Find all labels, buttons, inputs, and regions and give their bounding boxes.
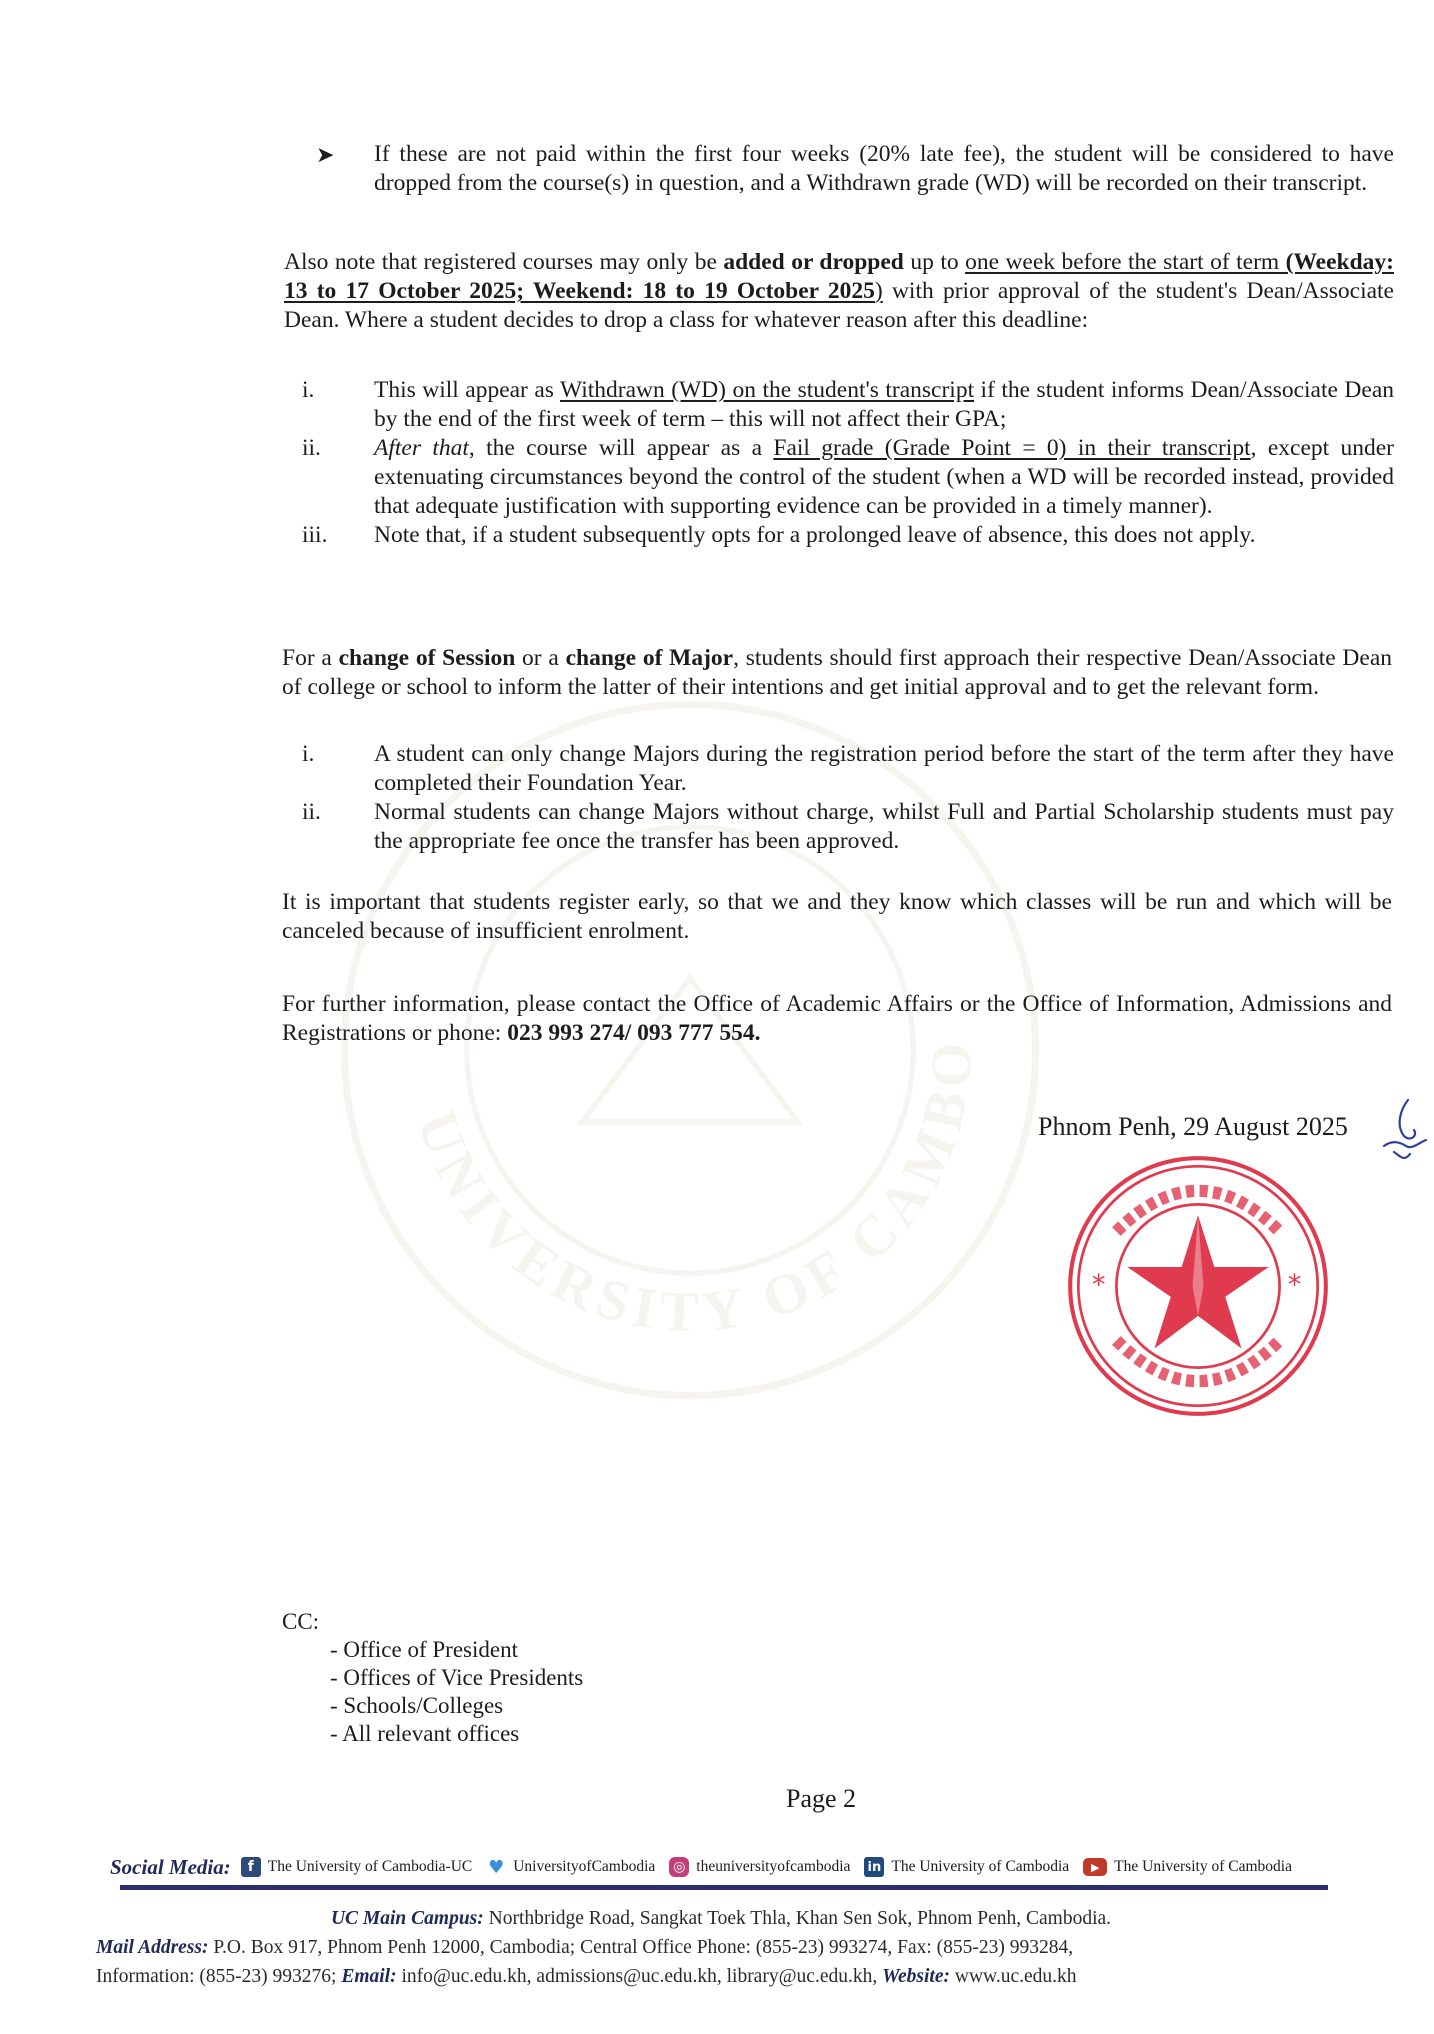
email-addresses[interactable]: info@uc.edu.kh, admissions@uc.edu.kh, li… <box>397 1966 883 1987</box>
text: ) <box>875 278 883 304</box>
text: For a <box>282 645 339 671</box>
mail-label: Mail Address: <box>96 1937 209 1958</box>
campus-address: Northbridge Road, Sangkat Toek Thla, Kha… <box>484 1908 1111 1929</box>
text: A student can only change Majors during … <box>374 740 1394 798</box>
cc-block: CC: - Office of President - Offices of V… <box>282 1608 583 1748</box>
text: , the course will appear as a <box>469 435 773 461</box>
italic-text: After that <box>374 435 469 461</box>
text: or a <box>515 645 565 671</box>
cc-label: CC: <box>282 1608 583 1636</box>
social-text: The University of Cambodia <box>891 1858 1069 1876</box>
contact-line: Information: (855-23) 993276; Email: inf… <box>96 1962 1346 1991</box>
late-fee-bullet: ➤ If these are not paid within the first… <box>318 140 1394 198</box>
social-text: The University of Cambodia <box>1114 1858 1292 1876</box>
underlined-text: Fail grade (Grade Point = 0) in their tr… <box>773 435 1250 461</box>
list-number: ii. <box>302 434 352 463</box>
document-page: UNIVERSITY OF CAMBODIA ➤ If these are no… <box>0 0 1434 2034</box>
social-text: The University of Cambodia-UC <box>268 1858 472 1876</box>
social-facebook[interactable]: f The University of Cambodia-UC <box>241 1857 472 1877</box>
mail-line: Mail Address: P.O. Box 917, Phnom Penh 1… <box>96 1933 1346 1962</box>
svg-text:*: * <box>1092 1270 1106 1301</box>
campus-line: UC Main Campus: Northbridge Road, Sangka… <box>96 1904 1346 1933</box>
bold-text: added or dropped <box>723 249 904 275</box>
info-phone: Information: (855-23) 993276; <box>96 1966 341 1987</box>
footer-divider <box>120 1885 1328 1890</box>
arrow-bullet-icon: ➤ <box>316 140 334 169</box>
text: Also note that registered courses may on… <box>284 249 723 275</box>
list-number: iii. <box>302 521 352 550</box>
bold-text: change of Session <box>339 645 516 671</box>
official-seal-icon: * * <box>1062 1150 1334 1422</box>
list-item: iii. Note that, if a student subsequentl… <box>290 521 1394 550</box>
list-number: i. <box>302 376 352 405</box>
mail-address: P.O. Box 917, Phnom Penh 12000, Cambodia… <box>209 1937 1074 1958</box>
text: up to <box>904 249 965 275</box>
text: For further information, please contact … <box>282 991 1392 1046</box>
drop-rules-list: i. This will appear as Withdrawn (WD) on… <box>290 376 1394 550</box>
text: Normal students can change Majors withou… <box>374 798 1394 856</box>
instagram-icon: ◎ <box>669 1857 689 1877</box>
register-early-paragraph: It is important that students register e… <box>282 888 1392 946</box>
underlined-text: Withdrawn (WD) on the student's transcri… <box>560 377 974 403</box>
social-youtube[interactable]: ▶ The University of Cambodia <box>1083 1858 1292 1876</box>
bullet-text: If these are not paid within the first f… <box>374 140 1394 198</box>
contact-paragraph: For further information, please contact … <box>282 990 1392 1048</box>
cc-item: - Office of President <box>330 1636 583 1664</box>
footer-address: UC Main Campus: Northbridge Road, Sangka… <box>96 1904 1346 1991</box>
list-number: ii. <box>302 798 352 827</box>
facebook-icon: f <box>241 1857 261 1877</box>
social-text: UniversityofCambodia <box>513 1858 655 1876</box>
add-drop-paragraph: Also note that registered courses may on… <box>284 248 1394 335</box>
website-label: Website: <box>882 1966 950 1987</box>
change-session-paragraph: For a change of Session or a change of M… <box>282 644 1392 702</box>
website-link[interactable]: www.uc.edu.kh <box>950 1966 1077 1987</box>
social-media-label: Social Media: <box>110 1855 231 1880</box>
text: Note that, if a student subsequently opt… <box>374 521 1394 550</box>
campus-label: UC Main Campus: <box>331 1908 484 1929</box>
cc-item: - All relevant offices <box>330 1720 583 1748</box>
contact-phone: 023 993 274/ 093 777 554. <box>507 1020 760 1046</box>
underlined-text: one week before the start of term <box>965 249 1286 275</box>
change-major-list: i. A student can only change Majors duri… <box>290 740 1394 856</box>
social-instagram[interactable]: ◎ theuniversityofcambodia <box>669 1857 850 1877</box>
social-media-bar: Social Media: f The University of Cambod… <box>110 1852 1330 1882</box>
list-number: i. <box>302 740 352 769</box>
list-item: i. A student can only change Majors duri… <box>290 740 1394 798</box>
page-number: Page 2 <box>786 1784 856 1814</box>
youtube-icon: ▶ <box>1083 1858 1107 1876</box>
social-twitter[interactable]: ♥ UniversityofCambodia <box>486 1857 655 1877</box>
svg-text:*: * <box>1288 1270 1302 1301</box>
cc-item: - Schools/Colleges <box>330 1692 583 1720</box>
cc-item: - Offices of Vice Presidents <box>330 1664 583 1692</box>
linkedin-icon: in <box>864 1857 884 1877</box>
list-item: i. This will appear as Withdrawn (WD) on… <box>290 376 1394 434</box>
bold-text: change of Major <box>566 645 734 671</box>
social-linkedin[interactable]: in The University of Cambodia <box>864 1857 1069 1877</box>
text: This will appear as <box>374 377 560 403</box>
cc-list: - Office of President - Offices of Vice … <box>330 1636 583 1748</box>
list-item: ii. After that, the course will appear a… <box>290 434 1394 521</box>
social-text: theuniversityofcambodia <box>696 1858 850 1876</box>
email-label: Email: <box>341 1966 396 1987</box>
list-item: ii. Normal students can change Majors wi… <box>290 798 1394 856</box>
twitter-icon: ♥ <box>486 1857 506 1877</box>
signature-icon <box>1370 1096 1428 1166</box>
date-line: Phnom Penh, 29 August 2025 <box>1038 1112 1348 1142</box>
